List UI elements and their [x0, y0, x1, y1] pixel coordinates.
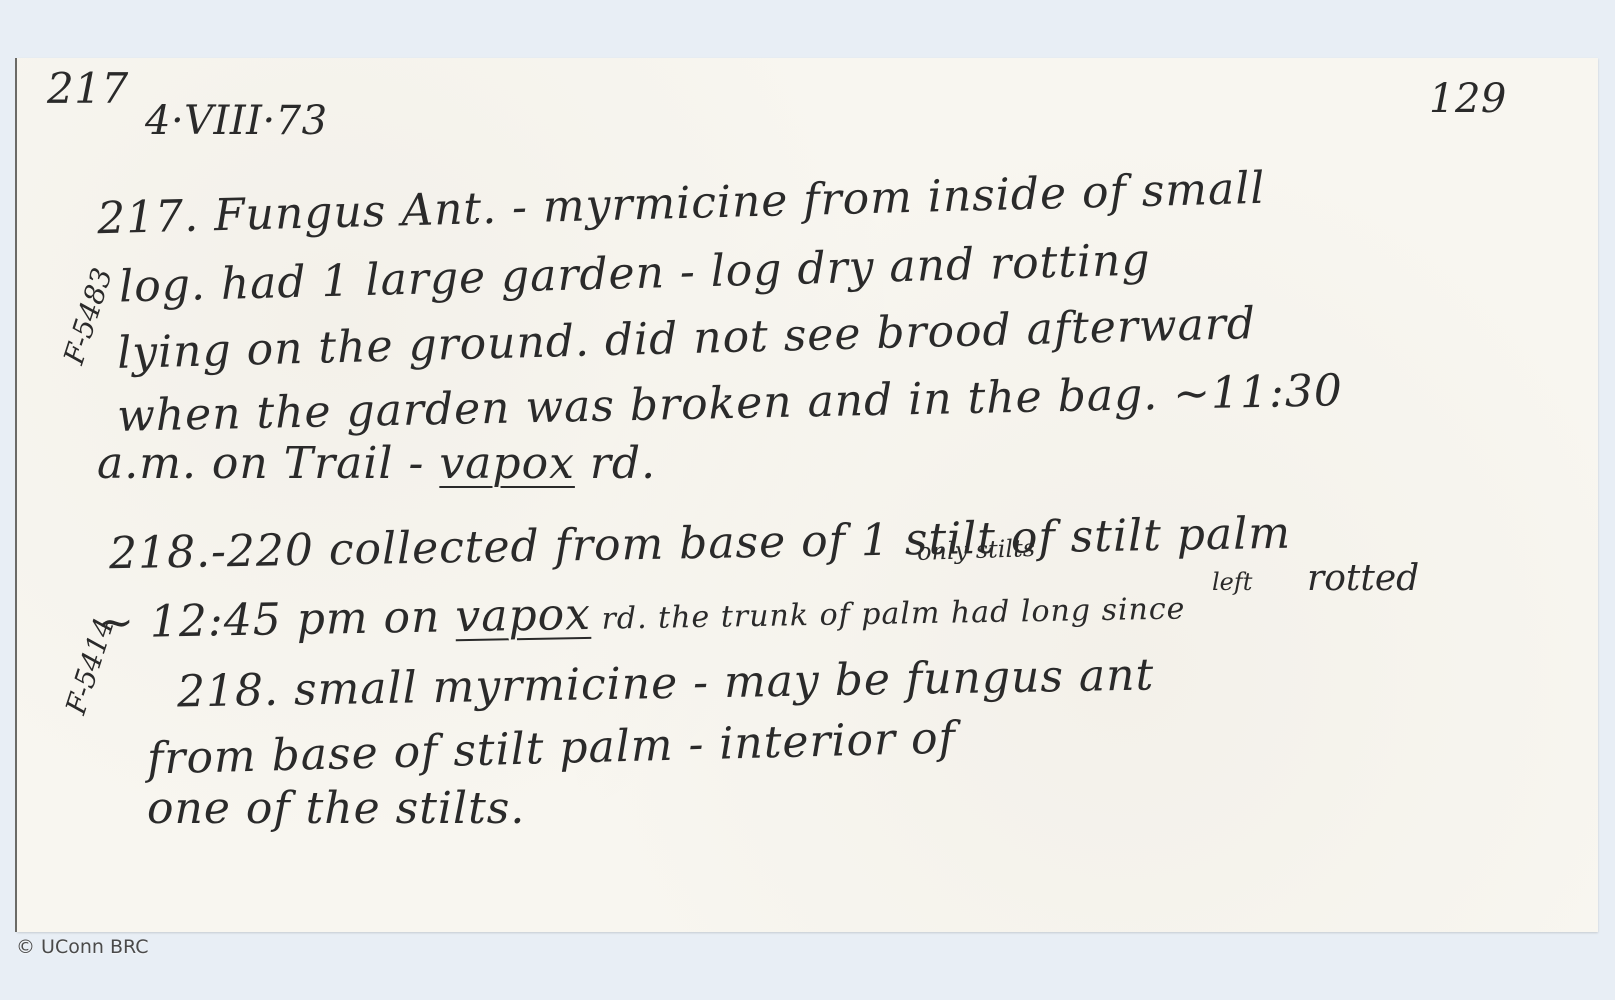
interlinear-note: rotted [1307, 558, 1419, 599]
underlined-road-name: vapox [439, 438, 575, 489]
entry-line: log. had 1 large garden - log dry and ro… [119, 235, 1152, 313]
margin-note-specimen-1: F-5483 [57, 264, 119, 368]
entry-line: 217. Fungus Ant. - myrmicine from inside… [97, 163, 1266, 245]
corner-number: 217 [47, 64, 129, 113]
note-date: 4·VIII·73 [145, 98, 328, 144]
entry-line: 218.-220 collected from base of 1 stilt … [109, 508, 1292, 580]
underlined-road-name: vapox [455, 589, 591, 642]
line-text: rd. [575, 438, 656, 489]
entry-line: 218. small myrmicine - may be fungus ant [177, 649, 1155, 717]
entry-line: ~ 12:45 pm on vapox rd. the trunk of pal… [97, 579, 1186, 649]
interlinear-note: only stilts [917, 534, 1036, 566]
entry-line: a.m. on Trail - vapox rd. [97, 438, 656, 489]
line-text: a.m. on Trail - [97, 438, 439, 489]
entry-line: from base of stilt palm - interior of [146, 712, 956, 784]
field-note-card: 217 4·VIII·73 129 F-5483 F-5414 217. Fun… [17, 58, 1598, 932]
entry-line: one of the stilts. [147, 783, 525, 834]
entry-line: lying on the ground. did not see brood a… [117, 298, 1257, 379]
line-text: ~ 12:45 pm on [97, 591, 456, 648]
entry-line: when the garden was broken and in the ba… [117, 365, 1344, 442]
interlinear-note: left [1212, 568, 1252, 596]
line-text: rd. the trunk of palm had long since [591, 592, 1186, 637]
copyright-notice: © UConn BRC [16, 936, 149, 958]
page-number: 129 [1429, 76, 1507, 122]
